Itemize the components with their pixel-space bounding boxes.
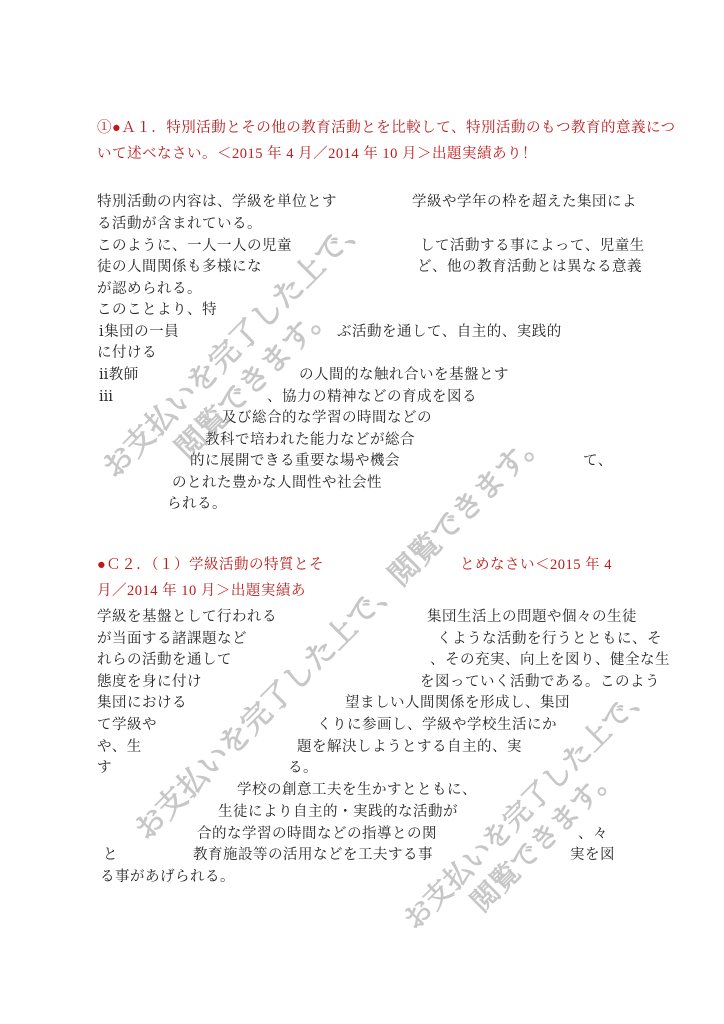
body-text-fragment: 集団生活上の問題や個々の生徒 [427, 609, 637, 626]
body-text-fragment: ⅰ集団の一員 [99, 324, 179, 341]
body-text-fragment: 、その充実、向上を図り、健全な生 [430, 652, 670, 669]
body-text-fragment: 学級を基盤として行われる [97, 609, 277, 626]
body-text-fragment: 教科で培われた能力などが総合 [205, 432, 415, 449]
body-text-fragment: ⅲ [99, 389, 113, 406]
body-text-fragment: 的に展開できる重要な場や機会 [190, 453, 400, 470]
body-text-fragment: に付ける [97, 345, 157, 362]
heading-text-fragment: ①●Ａ１．特別活動とその他の教育活動とを比較して、特別活動のもつ教育的意義につ [97, 120, 676, 137]
body-text-fragment: 学級や学年の枠を超えた集団によ [412, 194, 637, 211]
body-text-fragment: が当面する諸課題など [97, 631, 247, 648]
body-text-fragment: 態度を身に付け [97, 674, 202, 691]
body-text-fragment: 生徒により自主的・実践的な活動が [218, 804, 458, 821]
body-text-fragment: 教育施設等の活用などを工夫する事 [193, 847, 433, 864]
body-text-fragment: して活動する事によって、児童生 [420, 238, 645, 255]
document-page: ①●Ａ１．特別活動とその他の教育活動とを比較して、特別活動のもつ教育的意義につい… [0, 0, 724, 1024]
body-text-fragment: 学校の創意工夫を生かすとともに、 [237, 782, 477, 799]
body-text-fragment: 合的な学習の時間などの指導との関 [197, 826, 437, 843]
body-text-fragment: や、生 [97, 739, 142, 756]
body-text-fragment: が認められる。 [97, 281, 202, 298]
body-text-fragment: このように、一人一人の児童 [97, 238, 292, 255]
text-layer: ①●Ａ１．特別活動とその他の教育活動とを比較して、特別活動のもつ教育的意義につい… [0, 0, 724, 1024]
body-text-fragment: 、協力の精神などの育成を図る [267, 389, 477, 406]
body-text-fragment: 望ましい人間関係を形成し、集団 [345, 695, 570, 712]
body-text-fragment: を図っていく活動である。このよう [420, 674, 660, 691]
body-text-fragment: 実を図 [570, 847, 615, 864]
body-text-fragment: くりに参画し、学級や学校生活にか [317, 717, 557, 734]
body-text-fragment: このことより、特 [97, 302, 217, 319]
body-text-fragment: る事があげられる。 [100, 869, 235, 886]
body-text-fragment: ぶ活動を通して、自主的、実践的 [337, 324, 562, 341]
body-text-fragment: 、々 [578, 826, 608, 843]
body-text-fragment: ど、他の教育活動とは異なる意義 [417, 259, 642, 276]
body-text-fragment: られる。 [167, 496, 227, 513]
body-text-fragment: る活動が含まれている。 [97, 216, 262, 233]
body-text-fragment: と [103, 847, 118, 864]
body-text-fragment: 徒の人間関係も多様にな [97, 259, 262, 276]
body-text-fragment: の人間的な触れ合いを基盤とす [299, 367, 509, 384]
body-text-fragment: ⅱ教師 [99, 367, 139, 384]
body-text-fragment: 及び総合的な学習の時間などの [222, 410, 432, 427]
body-text-fragment: 題を解決しようとする自主的、実 [297, 739, 522, 756]
body-text-fragment: す [97, 760, 112, 777]
body-text-fragment: 特別活動の内容は、学級を単位とす [97, 194, 337, 211]
body-text-fragment: て学級や [97, 717, 157, 734]
body-text-fragment: のとれた豊かな人間性や社会性 [172, 475, 382, 492]
body-text-fragment: て、 [583, 453, 613, 470]
heading-text-fragment: とめなさい＜2015 年 4 [460, 557, 612, 574]
body-text-fragment: くような活動を行うとともに、そ [437, 631, 662, 648]
body-text-fragment: れらの活動を通して [97, 652, 232, 669]
body-text-fragment: 集団における [97, 695, 187, 712]
heading-text-fragment: いて述べなさい。＜2015 年 4 月／2014 年 10 月＞出題実績あり！ [97, 146, 537, 163]
heading-text-fragment: ●Ｃ２．（１）学級活動の特質とそ [97, 557, 324, 574]
body-text-fragment: る。 [288, 760, 318, 777]
heading-text-fragment: 月／2014 年 10 月＞出題実績あ [97, 583, 306, 600]
